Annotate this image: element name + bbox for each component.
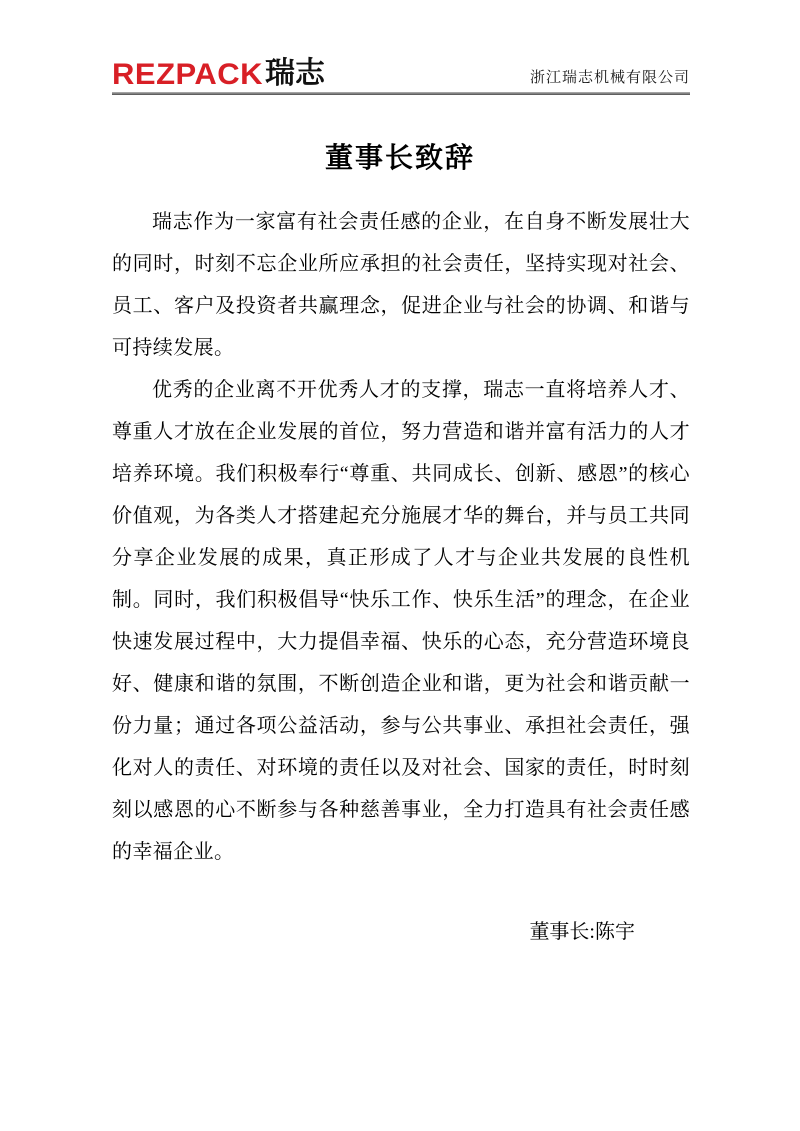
logo-rezpack-text: REZPACK [112, 59, 263, 89]
logo-chinese-text: 瑞志 [265, 59, 325, 89]
header-rule [112, 92, 690, 95]
document-body: 瑞志作为一家富有社会责任感的企业，在自身不断发展壮大的同时，时刻不忘企业所应承担… [112, 201, 690, 873]
signature-line: 董事长:陈宇 [112, 911, 690, 953]
page-header: REZPACK 瑞志 浙江瑞志机械有限公司 [112, 0, 690, 95]
brand-logo: REZPACK 瑞志 [112, 58, 325, 89]
body-paragraph-1: 瑞志作为一家富有社会责任感的企业，在自身不断发展壮大的同时，时刻不忘企业所应承担… [112, 201, 690, 369]
document-page: REZPACK 瑞志 浙江瑞志机械有限公司 董事长致辞 瑞志作为一家富有社会责任… [0, 0, 800, 1131]
header-row: REZPACK 瑞志 浙江瑞志机械有限公司 [112, 58, 690, 89]
company-name: 浙江瑞志机械有限公司 [530, 66, 690, 89]
body-paragraph-2: 优秀的企业离不开优秀人才的支撑，瑞志一直将培养人才、尊重人才放在企业发展的首位，… [112, 369, 690, 873]
document-title: 董事长致辞 [0, 143, 800, 175]
